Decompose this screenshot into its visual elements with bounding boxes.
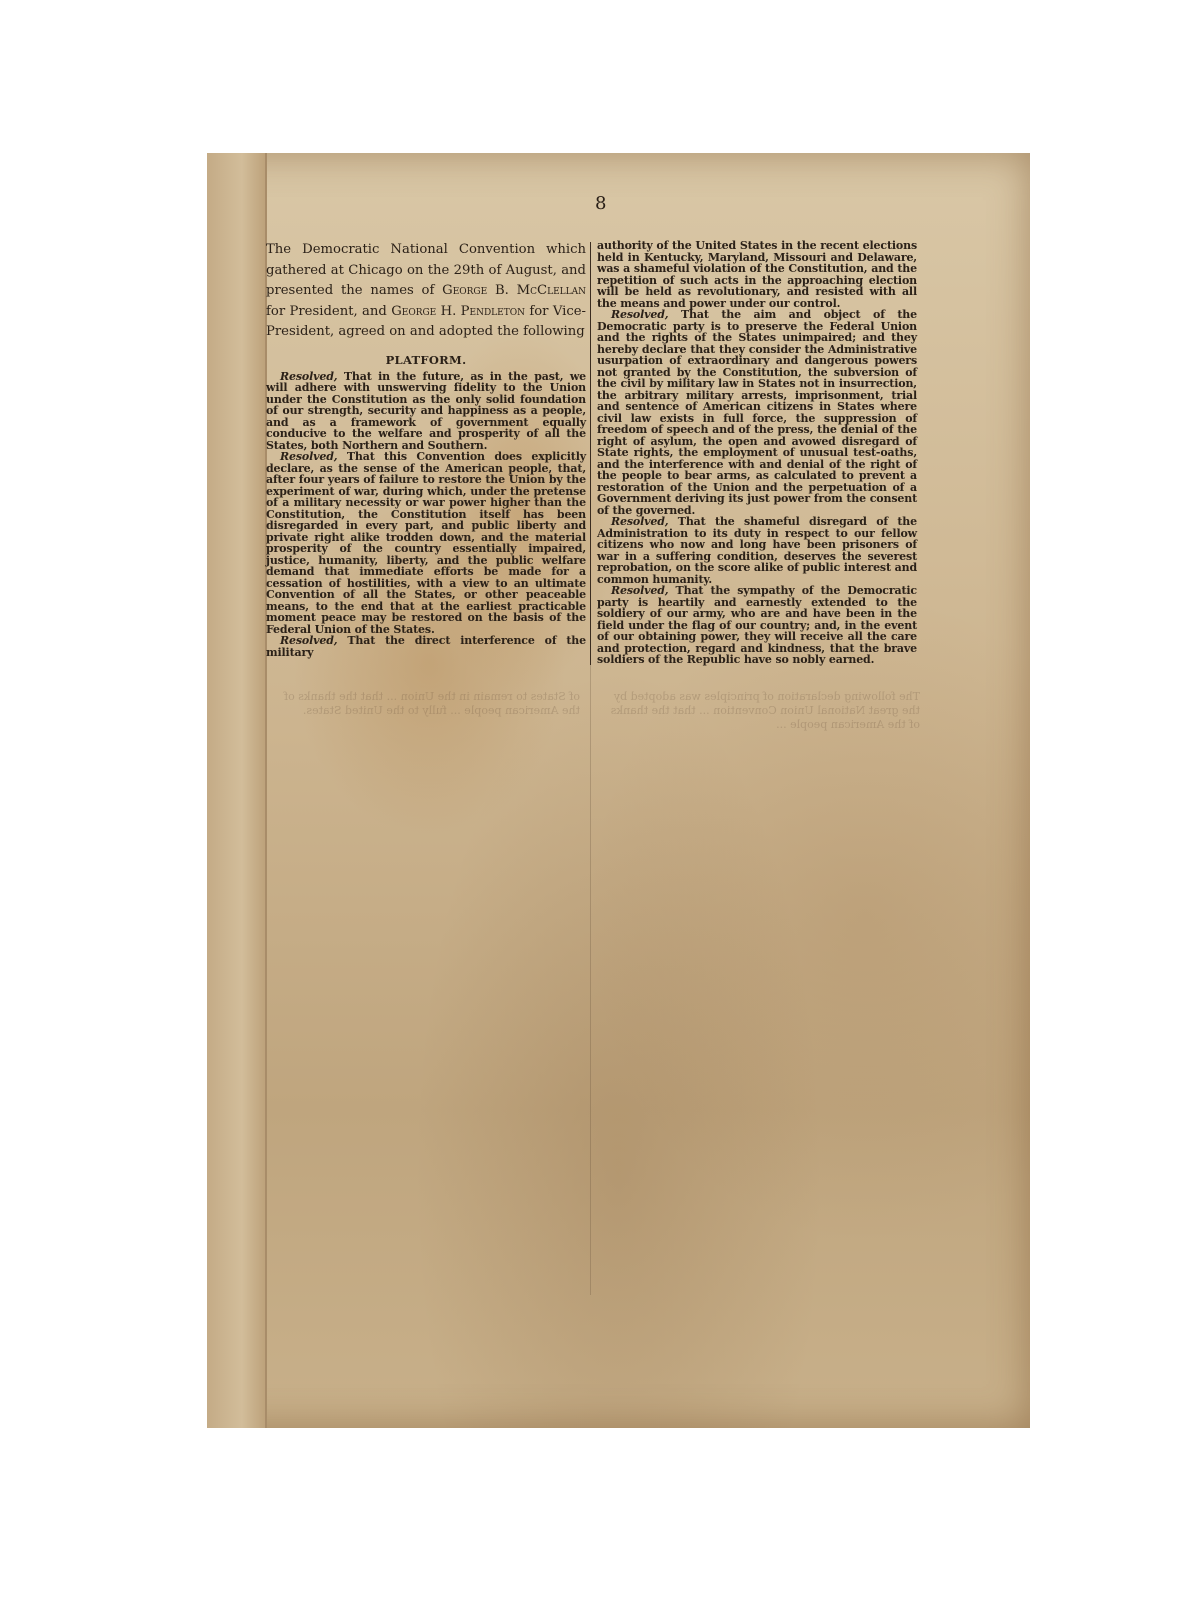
- resolution-1: Resolved, That in the future, as in the …: [266, 371, 586, 452]
- bleed-through-text-left: of States to remain in the Union ... tha…: [275, 690, 580, 1280]
- resolution-5: Resolved, That the shameful disregard of…: [597, 516, 917, 585]
- platform-heading: PLATFORM.: [266, 353, 586, 367]
- right-column: authority of the United States in the re…: [597, 240, 917, 666]
- resolution-4: Resolved, That the aim and object of the…: [597, 309, 917, 516]
- left-column: The Democratic National Convention which…: [266, 240, 586, 658]
- intro-paragraph: The Democratic National Convention which…: [266, 240, 586, 343]
- resolution-3-continued: authority of the United States in the re…: [597, 240, 917, 309]
- column-divider: [590, 242, 591, 665]
- folded-edge: [207, 153, 267, 1428]
- resolution-2: Resolved, That this Convention does expl…: [266, 451, 586, 635]
- page-number: 8: [595, 193, 606, 214]
- resolution-6: Resolved, That the sympathy of the Democ…: [597, 585, 917, 666]
- resolution-3-start: Resolved, That the direct interference o…: [266, 635, 586, 658]
- bleed-through-text-right: The following declaration of principles …: [600, 690, 920, 1280]
- candidate-vice-president: George H. Pendleton: [391, 304, 525, 319]
- bleed-through-divider: [590, 665, 591, 1295]
- candidate-president: George B. McClellan: [442, 283, 586, 298]
